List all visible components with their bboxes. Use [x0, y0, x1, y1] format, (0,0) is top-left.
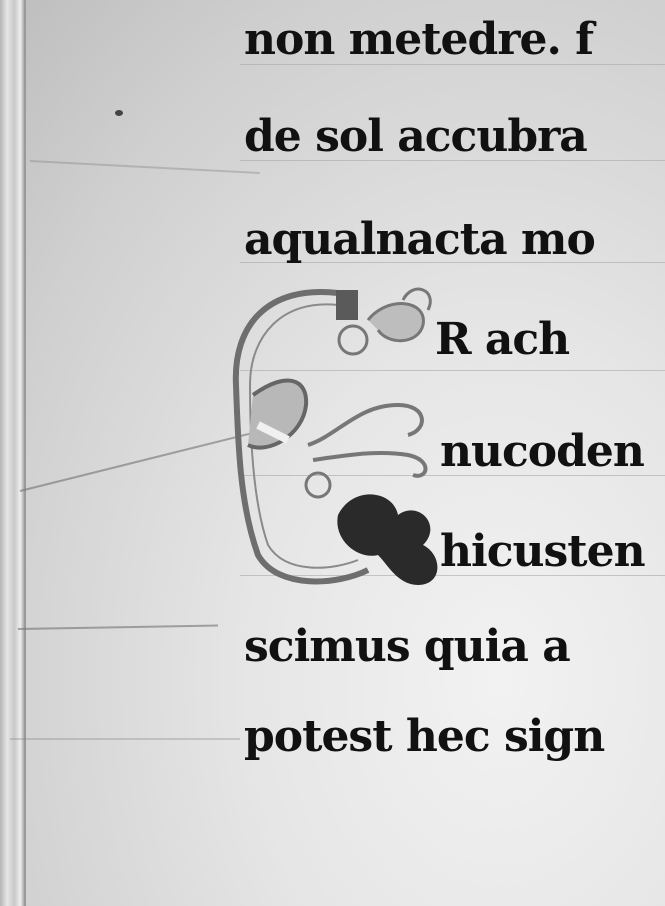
- parchment-crease: [20, 432, 253, 492]
- parchment-crease: [10, 738, 240, 740]
- binding-gutter: [0, 0, 24, 906]
- manuscript-leaf: non metedre. f de sol accubra aqualnacta…: [0, 0, 665, 906]
- gutter-edge: [24, 0, 26, 906]
- parchment-crease: [30, 160, 260, 174]
- text-line-5: nucoden: [440, 430, 644, 474]
- decorated-initial-e: [228, 285, 448, 605]
- parchment-crease: [18, 625, 218, 630]
- text-line-1: non metedre. f: [244, 18, 593, 62]
- text-line-2: de sol accubra: [244, 115, 587, 159]
- text-line-4: R ach: [435, 318, 569, 362]
- ink-spot: [115, 110, 123, 116]
- text-line-8: potest hec sign: [244, 715, 604, 759]
- text-line-6: hicusten: [440, 530, 645, 574]
- text-line-3: aqualnacta mo: [244, 218, 595, 262]
- text-line-7: scimus quia a: [244, 625, 570, 669]
